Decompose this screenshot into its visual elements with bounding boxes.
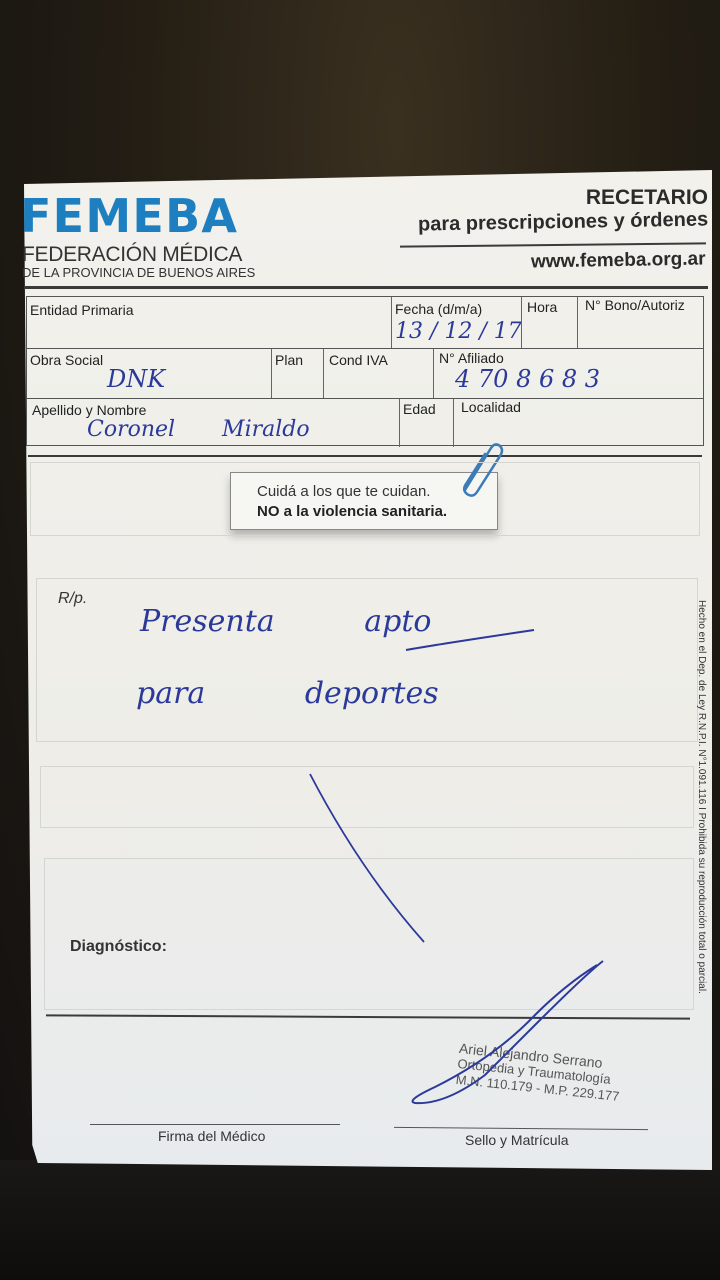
separator bbox=[521, 297, 522, 349]
form-row-obra-social: Obra Social DNK Plan Cond IVA N° Afiliad… bbox=[26, 348, 704, 398]
form-bottom-rule bbox=[28, 455, 702, 457]
plan-label: Plan bbox=[275, 352, 303, 368]
separator bbox=[271, 349, 272, 399]
femeba-logo: FEMEBA bbox=[20, 192, 240, 238]
fecha-label: Fecha (d/m/a) bbox=[395, 301, 482, 317]
org-name: FEDERACIÓN MÉDICA bbox=[22, 243, 242, 267]
form-row-entity: Entidad Primaria Fecha (d/m/a) 13 / 12 /… bbox=[26, 296, 704, 348]
firma-label: Firma del Médico bbox=[158, 1128, 265, 1144]
separator bbox=[577, 297, 578, 349]
diagnosis-label: Diagnóstico: bbox=[70, 938, 167, 956]
prescription-line-1[interactable]: Presenta apto bbox=[140, 604, 431, 639]
edad-label: Edad bbox=[403, 401, 436, 417]
prescription-line-2[interactable]: para deportes bbox=[136, 676, 439, 711]
svg-text:FEMEBA: FEMEBA bbox=[20, 192, 238, 238]
sello-label: Sello y Matrícula bbox=[465, 1132, 568, 1148]
localidad-label: Localidad bbox=[461, 399, 521, 415]
separator bbox=[453, 399, 454, 447]
separator bbox=[433, 349, 434, 399]
rp-label: R/p. bbox=[58, 590, 87, 608]
apellido-label: Apellido y Nombre bbox=[32, 402, 146, 418]
afiliado-label: N° Afiliado bbox=[439, 350, 504, 366]
website[interactable]: www.femeba.org.ar bbox=[531, 248, 706, 273]
underline-stroke bbox=[400, 620, 540, 660]
afiliado-value[interactable]: 4 70 8 6 8 3 bbox=[455, 365, 600, 393]
header-bottom-rule bbox=[24, 286, 708, 289]
separator bbox=[391, 297, 392, 349]
signature-stroke bbox=[405, 955, 610, 1110]
bono-label: N° Bono/Autoriz bbox=[585, 297, 685, 313]
form-row-patient: Apellido y Nombre Coronel Miraldo Edad L… bbox=[26, 398, 704, 446]
background-surface bbox=[0, 1160, 720, 1280]
cancel-stroke bbox=[300, 770, 440, 950]
apellido-value[interactable]: Coronel Miraldo bbox=[87, 417, 310, 442]
ghost-box bbox=[36, 578, 698, 742]
separator bbox=[399, 399, 400, 447]
legal-side-note: Hecho en el Dep. de Ley R.N.P.I. N°1.091… bbox=[696, 600, 707, 994]
hora-label: Hora bbox=[527, 299, 557, 315]
entidad-label: Entidad Primaria bbox=[30, 302, 134, 318]
obra-social-label: Obra Social bbox=[30, 352, 103, 368]
org-subtitle: DE LA PROVINCIA DE BUENOS AIRES bbox=[22, 265, 255, 280]
firma-line bbox=[90, 1124, 340, 1125]
ghost-box bbox=[30, 462, 700, 536]
separator bbox=[323, 349, 324, 399]
doc-title: RECETARIO bbox=[586, 186, 708, 210]
cond-iva-label: Cond IVA bbox=[329, 352, 388, 368]
fecha-value[interactable]: 13 / 12 / 17 bbox=[395, 319, 522, 344]
obra-social-value[interactable]: DNK bbox=[107, 365, 165, 393]
